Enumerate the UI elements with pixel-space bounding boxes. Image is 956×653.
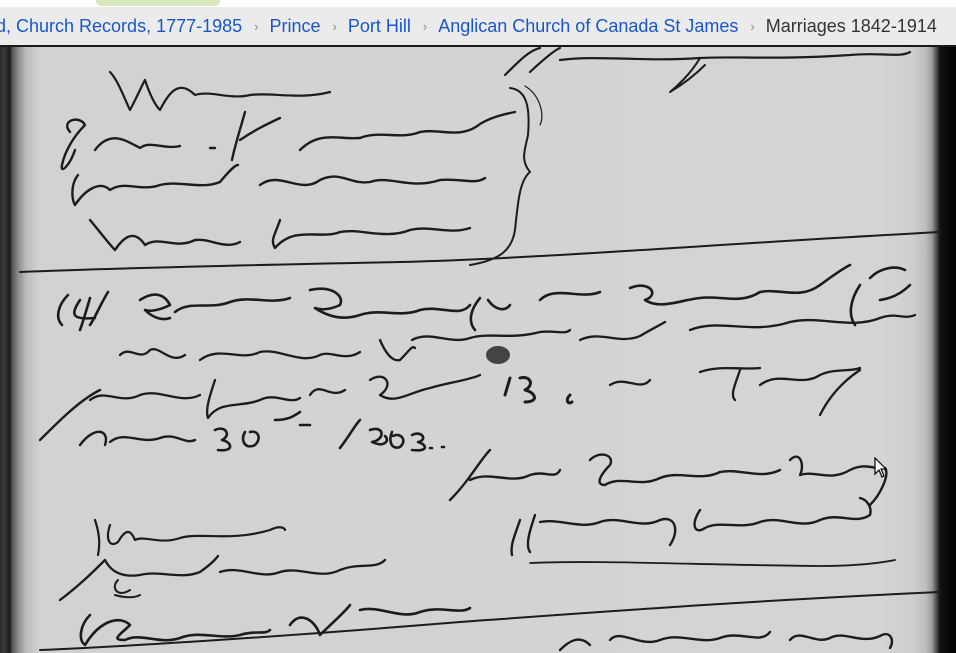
breadcrumb-county-prince[interactable]: Prince	[270, 16, 321, 37]
breadcrumb-church[interactable]: Anglican Church of Canada St James	[438, 16, 738, 37]
breadcrumb-collection[interactable]: d, Church Records, 1777-1985	[0, 16, 242, 37]
chevron-right-icon: ›	[423, 19, 427, 34]
chevron-right-icon: ›	[750, 19, 754, 34]
chevron-right-icon: ›	[333, 19, 337, 34]
breadcrumb: d, Church Records, 1777-1985 › Prince › …	[0, 7, 956, 47]
breadcrumb-current-marriages: Marriages 1842-1914	[766, 16, 937, 37]
top-green-button[interactable]	[96, 0, 220, 6]
mouse-cursor-arrow-icon	[874, 457, 888, 484]
breadcrumb-port-hill[interactable]: Port Hill	[348, 16, 411, 37]
handwriting-ink	[0, 47, 956, 653]
document-image-viewer[interactable]	[0, 47, 956, 653]
chevron-right-icon: ›	[254, 19, 258, 34]
